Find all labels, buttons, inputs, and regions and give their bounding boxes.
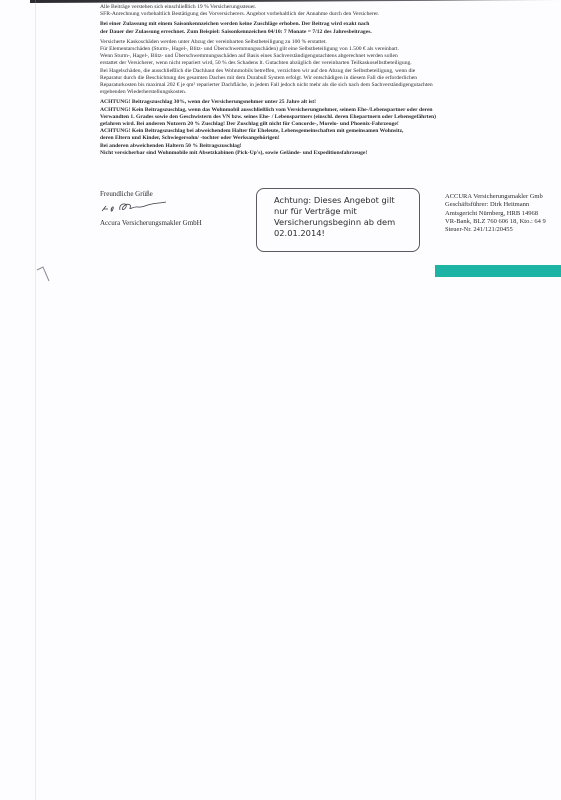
paragraph-warnings: ACHTUNG! Beitragszuschlag 30%, wenn der … [100,99,550,157]
text-line: ergebenden Wiederherstellungskosten. [100,89,550,96]
closing-block: Freundliche Grüße Accura Versicherungsma… [100,190,202,228]
text-line: ACHTUNG! Beitragszuschlag 30%, wenn der … [100,99,550,106]
text-line: ACHTUNG! Kein Beitragszuschlag, wenn das… [100,107,550,114]
text-line: erstattet der Versicherer, wenn nicht re… [100,60,550,67]
text-line: ACHTUNG! Kein Beitragszuschlag bei abwei… [100,128,550,135]
notice-line: 02.01.2014! [274,228,419,239]
text-line: Bei einer Zulassung mit einem Saisonkenn… [100,21,550,28]
paragraph-season-plate: Bei einer Zulassung mit einem Saisonkenn… [100,21,550,35]
text-line: Reparaturkosten bis maximal 202 € je qm²… [100,82,550,89]
scan-top-edge [30,0,561,3]
brand-accent-bar [435,265,561,277]
text-line: Wenn Sturm-, Hagel-, Blitz- und Überschw… [100,53,550,60]
text-line: gefahren wird. Bei anderen Nutzern 20 % … [100,121,550,128]
company-name: Accura Versicherungsmakler GmbH [100,219,202,228]
staple-mark-icon [35,265,55,285]
company-info-line: Steuer-Nr. 241/121/20455 [445,226,546,234]
validity-notice-box: Achtung: Dieses Angebot gilt nur für Ver… [256,188,420,252]
text-line: Verwandten 1. Grades sowie den Geschwist… [100,114,550,121]
company-info-line: Geschäftsführer: Dirk Heitmann [445,201,546,209]
notice-line: nur für Verträge mit [274,206,419,217]
company-info-line: Amtsgericht Nürnberg, HRB 14968 [445,210,546,218]
text-line: Versicherte Kaskoschäden werden unter Ab… [100,39,550,46]
text-line: Bei Hagelschäden, die ausschließlich die… [100,68,550,75]
paragraph-damage-terms: Versicherte Kaskoschäden werden unter Ab… [100,39,550,97]
company-info-line: ACCURA Versicherungsmakler Gmb [445,193,546,201]
text-line: Nicht versicherbar sind Wohnmobile mit A… [100,150,550,157]
signature-icon [100,200,170,214]
scan-left-edge [35,0,36,800]
text-line: SFR-Anrechnung vorbehaltlich Bestätigung… [100,11,550,18]
text-line: deren Eltern und Kinder, Schwiegersohn/ … [100,135,550,142]
paragraph-tax-note: Alle Beiträge verstehen sich einschließl… [100,4,550,18]
text-line: Bei anderen abweichenden Haltern 50 % Be… [100,143,550,150]
text-line: Alle Beiträge verstehen sich einschließl… [100,4,550,11]
notice-line: Achtung: Dieses Angebot gilt [274,195,419,206]
terms-text-block: Alle Beiträge verstehen sich einschließl… [100,4,550,160]
greeting: Freundliche Grüße [100,190,202,199]
text-line: Reparatur durch die Beschichtung des ges… [100,75,550,82]
company-info-block: ACCURA Versicherungsmakler Gmb Geschäfts… [445,193,546,234]
company-info-line: VR-Bank, BLZ 760 606 18, Kto.: 64 9 [445,218,546,226]
notice-line: Versicherungsbeginn ab dem [274,217,419,228]
text-line: der Dauer der Zulassung errechnet. Zum B… [100,29,550,36]
